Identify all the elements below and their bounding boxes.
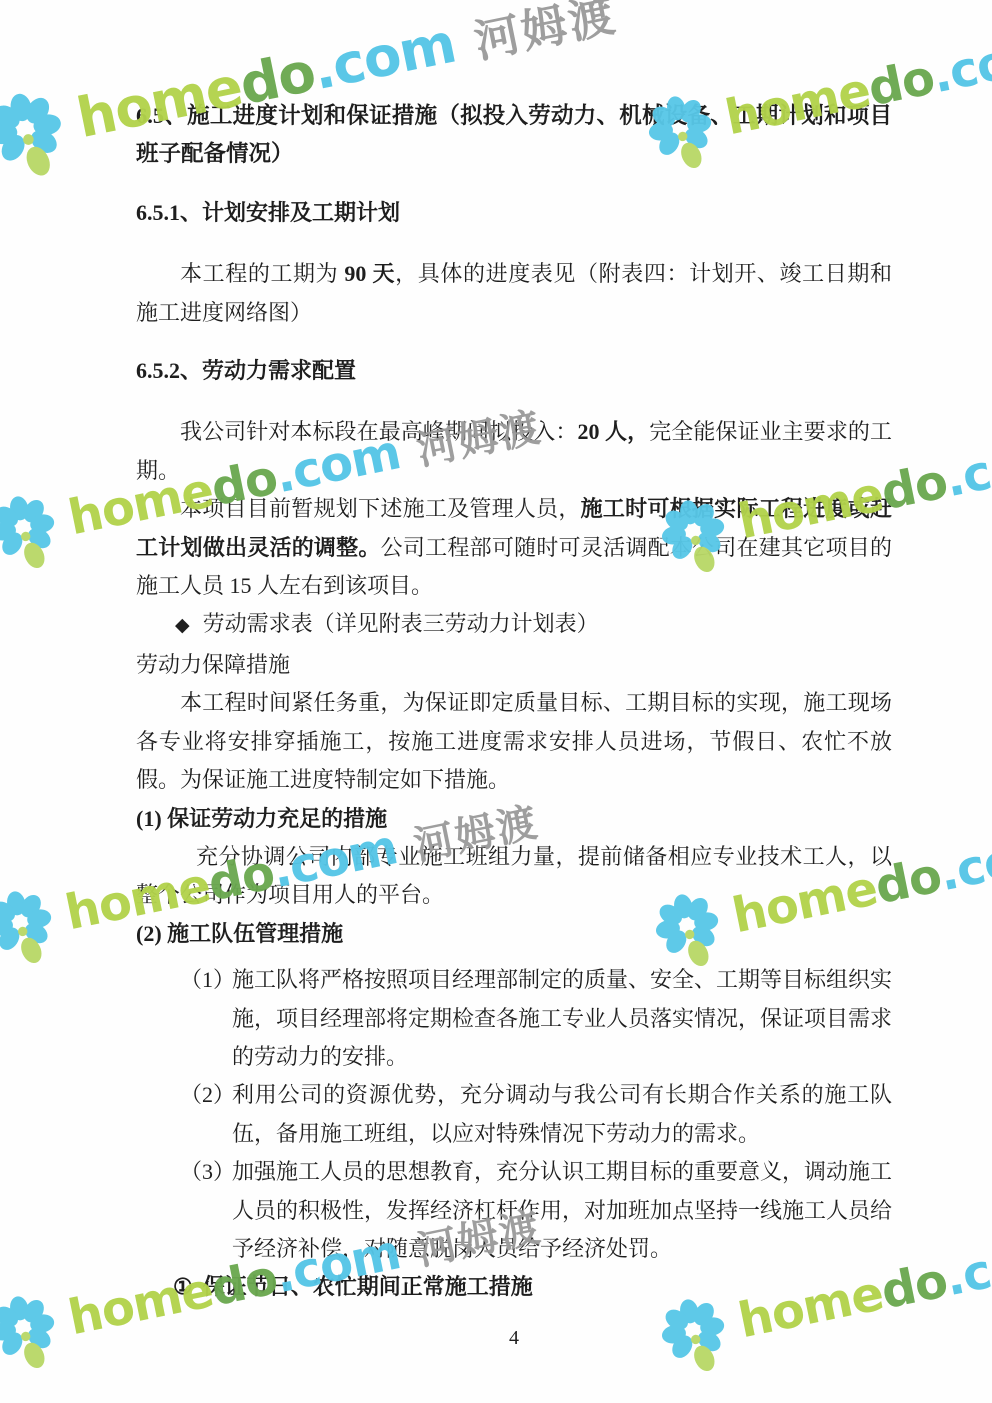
homedo-flower-icon — [0, 879, 69, 981]
diamond-bullet-icon: ◆ — [175, 615, 190, 636]
paragraph: 本项目目前暂规划下述施工及管理人员，施工时可根据实际工程进度或赶工计划做出灵活的… — [136, 490, 892, 605]
paragraph: 充分协调公司内部专业施工班组力量，提前储备相应专业技术工人，以整个公司作为项目用… — [136, 838, 892, 915]
emphasis-text: 90 天 — [344, 261, 395, 286]
clause-heading: (1) 保证劳动力充足的措施 — [136, 800, 892, 838]
emphasis-text: 6.5.2、劳动力需求配置 — [136, 358, 356, 383]
homedo-flower-icon — [0, 484, 72, 586]
text-run: 本工程的工期为 — [180, 261, 344, 286]
homedo-chinese-wordmark: 河姆渡 — [468, 0, 622, 71]
list-marker: （1） — [180, 961, 235, 999]
emphasis-text: 6.5.1、计划安排及工期计划 — [136, 200, 400, 225]
emphasis-text: 6.5、施工进度计划和保证措施（拟投入劳动力、机械设备、工期计划和项目班子配备情… — [136, 103, 892, 166]
clause-heading: (2) 施工队伍管理措施 — [136, 915, 892, 953]
list-marker: （3） — [180, 1153, 235, 1191]
list-item: （3）加强施工人员的思想教育，充分认识工期目标的重要意义，调动施工人员的积极性，… — [136, 1153, 892, 1268]
emphasis-text: 20 人， — [577, 419, 649, 444]
document-page: 6.5、施工进度计划和保证措施（拟投入劳动力、机械设备、工期计划和项目班子配备情… — [0, 0, 992, 1403]
homedo-flower-icon — [0, 1284, 72, 1386]
text-run: 加强施工人员的思想教育，充分认识工期目标的重要意义，调动施工人员的积极性，发挥经… — [232, 1159, 892, 1261]
text-run: 本工程时间紧任务重，为保证即定质量目标、工期目标的实现，施工现场各专业将安排穿插… — [136, 690, 892, 792]
text-run: 本项目目前暂规划下述施工及管理人员， — [180, 496, 581, 521]
text-run: 利用公司的资源优势，充分调动与我公司有长期合作关系的施工队伍，备用施工班组，以应… — [232, 1082, 892, 1145]
paragraph: 劳动力保障措施 — [136, 646, 892, 684]
document-body: 6.5、施工进度计划和保证措施（拟投入劳动力、机械设备、工期计划和项目班子配备情… — [136, 97, 892, 1307]
page-number: 4 — [136, 1326, 892, 1350]
text-run: 劳动需求表（详见附表三劳动力计划表） — [203, 611, 599, 636]
sub-heading: 6.5.2、劳动力需求配置 — [136, 352, 892, 390]
homedo-flower-icon — [0, 80, 81, 196]
text-run: 施工队将严格按照项目经理部制定的质量、安全、工期等目标组织实施，项目经理部将定期… — [232, 967, 892, 1069]
emphasis-text: (2) 施工队伍管理措施 — [136, 921, 343, 946]
list-marker: （2） — [180, 1076, 235, 1114]
bullet-item: ◆劳动需求表（详见附表三劳动力计划表） — [136, 605, 892, 645]
emphasis-text: (1) 保证劳动力充足的措施 — [136, 806, 387, 831]
list-item: （1）施工队将严格按照项目经理部制定的质量、安全、工期等目标组织实施，项目经理部… — [136, 961, 892, 1076]
paragraph: 本工程时间紧任务重，为保证即定质量目标、工期目标的实现，施工现场各专业将安排穿插… — [136, 684, 892, 799]
section-heading: 6.5、施工进度计划和保证措施（拟投入劳动力、机械设备、工期计划和项目班子配备情… — [136, 97, 892, 174]
text-run: 我公司针对本标段在最高峰期间拟投入： — [180, 419, 577, 444]
list-marker: ① — [173, 1274, 193, 1299]
paragraph: 我公司针对本标段在最高峰期间拟投入：20 人，完全能保证业主要求的工期。 — [136, 413, 892, 490]
list-item: （2）利用公司的资源优势，充分调动与我公司有长期合作关系的施工队伍，备用施工班组… — [136, 1076, 892, 1153]
numbered-heading: ①保证节日、农忙期间正常施工措施 — [136, 1268, 892, 1306]
emphasis-text: 保证节日、农忙期间正常施工措施 — [203, 1274, 533, 1299]
text-run: 劳动力保障措施 — [136, 652, 290, 677]
sub-heading: 6.5.1、计划安排及工期计划 — [136, 194, 892, 232]
text-run: 充分协调公司内部专业施工班组力量，提前储备相应专业技术工人，以整个公司作为项目用… — [136, 844, 892, 907]
paragraph: 本工程的工期为 90 天，具体的进度表见（附表四：计划开、竣工日期和施工进度网络… — [136, 255, 892, 332]
